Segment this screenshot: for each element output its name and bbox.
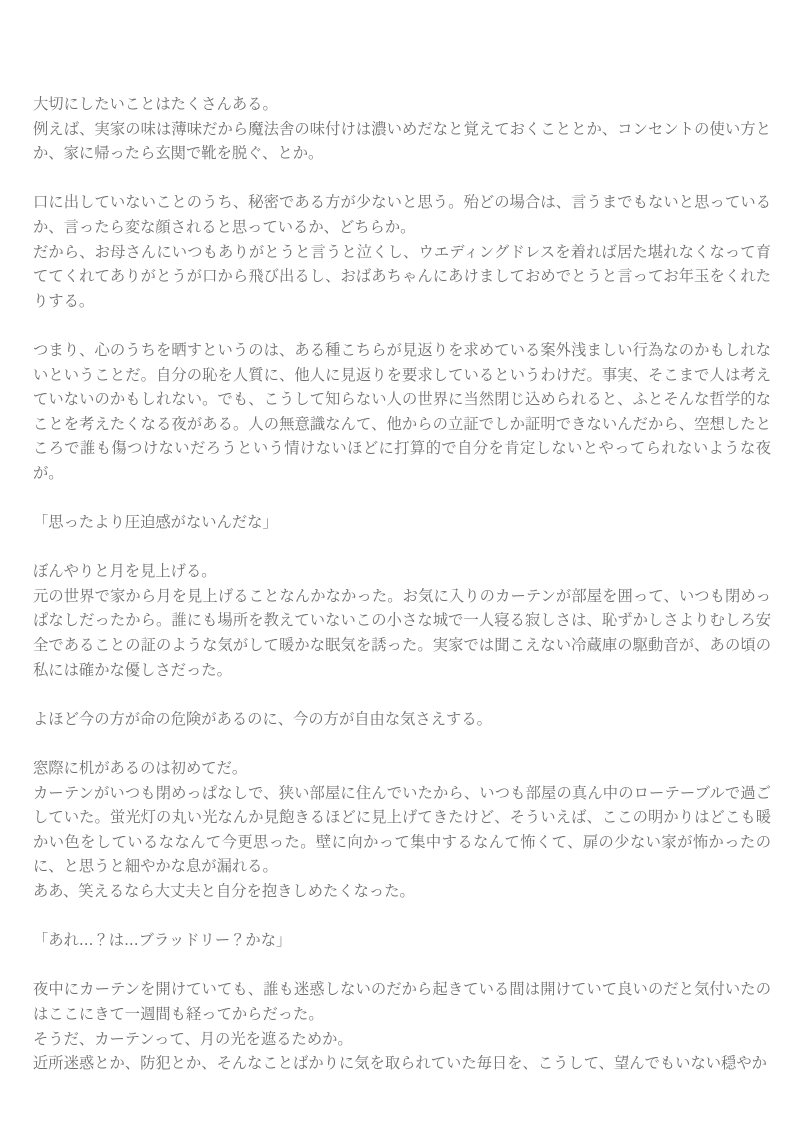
- paragraph: つまり、心のうちを晒すというのは、ある種こちらが見返りを求めている案外浅ましい行…: [33, 338, 771, 486]
- paragraph: 口に出していないことのうち、秘密である方が少ないと思う。殆どの場合は、言うまでも…: [33, 190, 771, 313]
- text-line: 大切にしたいことはたくさんある。: [33, 92, 771, 117]
- paragraph: 夜中にカーテンを開けていても、誰も迷惑しないのだから起きている間は開けていて良い…: [33, 977, 771, 1075]
- text-line: 「思ったより圧迫感がないんだな」: [33, 510, 771, 535]
- paragraph: ぼんやりと月を見上げる。元の世界で家から月を見上げることなんかなかった。お気に入…: [33, 559, 771, 682]
- text-line: だから、お母さんにいつもありがとうと言うと泣くし、ウエディングドレスを着れば居た…: [33, 240, 771, 314]
- text-line: 例えば、実家の味は薄味だから魔法舎の味付けは濃いめだなと覚えておくこととか、コン…: [33, 117, 771, 166]
- text-line: ああ、笑えるなら大丈夫と自分を抱きしめたくなった。: [33, 879, 771, 904]
- paragraph: 大切にしたいことはたくさんある。例えば、実家の味は薄味だから魔法舎の味付けは濃い…: [33, 92, 771, 166]
- text-line: カーテンがいつも閉めっぱなしで、狭い部屋に住んでいたから、いつも部屋の真ん中のロ…: [33, 781, 771, 879]
- paragraph: 「あれ...？は...ブラッドリー？かな」: [33, 928, 771, 953]
- text-line: そうだ、カーテンって、月の光を遮るためか。: [33, 1027, 771, 1052]
- paragraph: よほど今の方が命の危険があるのに、今の方が自由な気さえする。: [33, 707, 771, 732]
- novel-page: 大切にしたいことはたくさんある。例えば、実家の味は薄味だから魔法舎の味付けは濃い…: [0, 0, 800, 1131]
- text-line: よほど今の方が命の危険があるのに、今の方が自由な気さえする。: [33, 707, 771, 732]
- text-line: 窓際に机があるのは初めてだ。: [33, 756, 771, 781]
- text-line: 元の世界で家から月を見上げることなんかなかった。お気に入りのカーテンが部屋を囲っ…: [33, 584, 771, 682]
- text-line: ぼんやりと月を見上げる。: [33, 559, 771, 584]
- paragraph: 「思ったより圧迫感がないんだな」: [33, 510, 771, 535]
- text-line: 近所迷惑とか、防犯とか、そんなことばかりに気を取られていた毎日を、こうして、望ん…: [33, 1051, 771, 1076]
- text-line: 夜中にカーテンを開けていても、誰も迷惑しないのだから起きている間は開けていて良い…: [33, 977, 771, 1026]
- text-line: 「あれ...？は...ブラッドリー？かな」: [33, 928, 771, 953]
- paragraph: 窓際に机があるのは初めてだ。カーテンがいつも閉めっぱなしで、狭い部屋に住んでいた…: [33, 756, 771, 904]
- text-line: つまり、心のうちを晒すというのは、ある種こちらが見返りを求めている案外浅ましい行…: [33, 338, 771, 486]
- text-line: 口に出していないことのうち、秘密である方が少ないと思う。殆どの場合は、言うまでも…: [33, 190, 771, 239]
- novel-text-body: 大切にしたいことはたくさんある。例えば、実家の味は薄味だから魔法舎の味付けは濃い…: [33, 92, 771, 1076]
